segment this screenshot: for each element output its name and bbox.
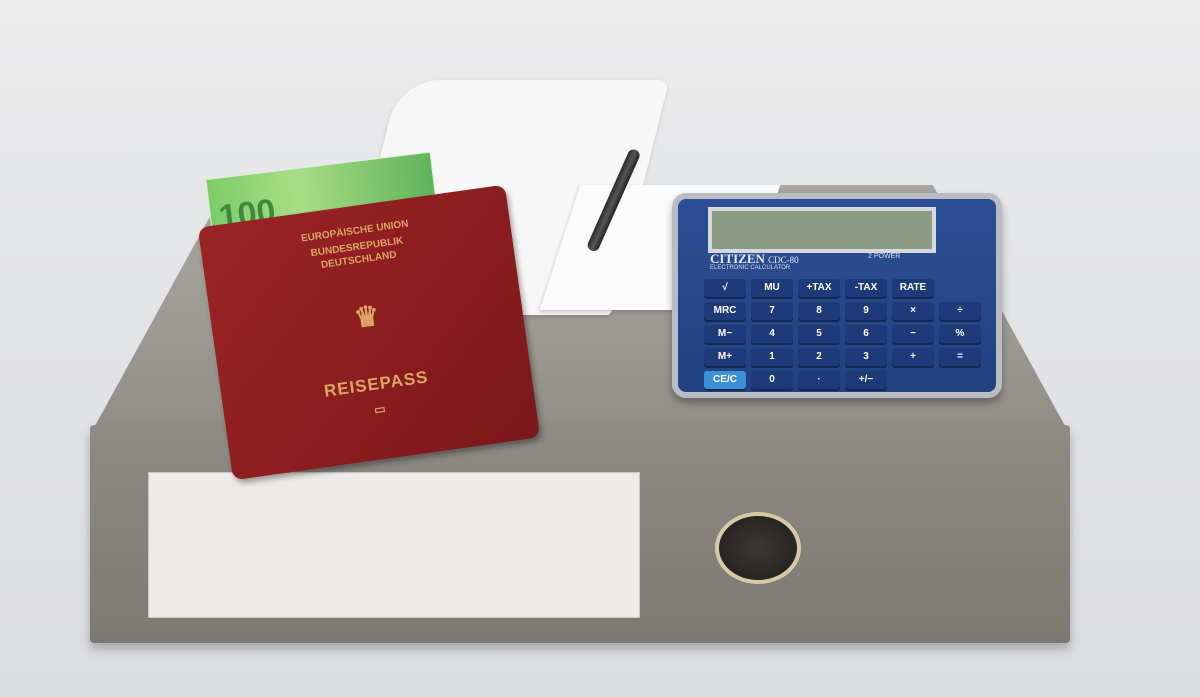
calculator-display bbox=[708, 207, 936, 253]
calculator-key: 3 bbox=[845, 348, 887, 366]
binder-label bbox=[148, 472, 640, 618]
calculator-key: · bbox=[798, 371, 840, 389]
passport: EUROPÄISCHE UNION BUNDESREPUBLIK DEUTSCH… bbox=[198, 185, 540, 481]
calculator-subtitle: ELECTRONIC CALCULATOR bbox=[710, 265, 790, 271]
calculator-key: × bbox=[892, 302, 934, 320]
calculator-key: CE/C bbox=[704, 371, 746, 389]
calculator-key: 5 bbox=[798, 325, 840, 343]
calculator-key: +TAX bbox=[798, 279, 840, 297]
calculator-key: MU bbox=[751, 279, 793, 297]
calculator-key: − bbox=[892, 325, 934, 343]
binder-finger-hole bbox=[715, 512, 801, 584]
calculator-key: 1 bbox=[751, 348, 793, 366]
calculator-key: MRC bbox=[704, 302, 746, 320]
calculator-key: + bbox=[892, 348, 934, 366]
calculator-key: % bbox=[939, 325, 981, 343]
calculator-key: 0 bbox=[751, 371, 793, 389]
calculator-key: √ bbox=[704, 279, 746, 297]
calculator-keypad: √MU+TAX-TAXRATEMRC789×÷M−456−%M+123+=CE/… bbox=[704, 279, 981, 389]
calculator-key: ÷ bbox=[939, 302, 981, 320]
calculator-key: 2 bbox=[798, 348, 840, 366]
calculator-key: 9 bbox=[845, 302, 887, 320]
calculator-key: 6 bbox=[845, 325, 887, 343]
calculator-key: -TAX bbox=[845, 279, 887, 297]
calculator: CITIZEN CDC-80 ELECTRONIC CALCULATOR 2 P… bbox=[672, 193, 1002, 398]
calculator-key: 4 bbox=[751, 325, 793, 343]
calculator-power: 2 POWER bbox=[868, 253, 900, 260]
calculator-key: M− bbox=[704, 325, 746, 343]
calculator-key: M+ bbox=[704, 348, 746, 366]
eagle-icon: ♛ bbox=[211, 279, 523, 355]
calculator-key: = bbox=[939, 348, 981, 366]
calculator-key: RATE bbox=[892, 279, 934, 297]
calculator-key: 7 bbox=[751, 302, 793, 320]
calculator-key: 8 bbox=[798, 302, 840, 320]
calculator-key: +/− bbox=[845, 371, 887, 389]
